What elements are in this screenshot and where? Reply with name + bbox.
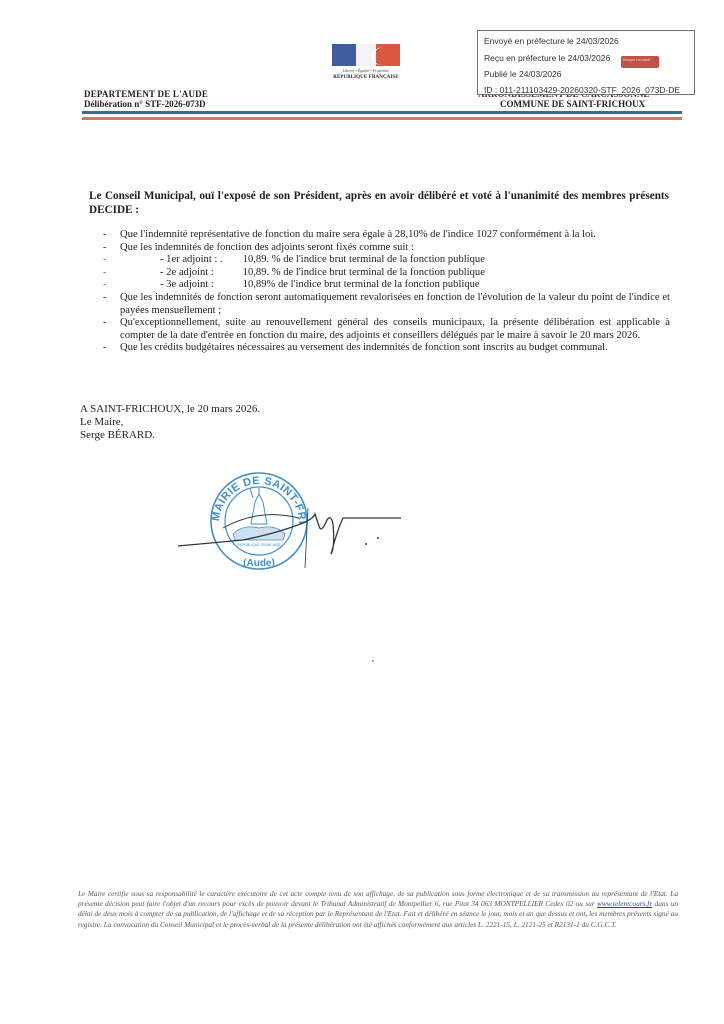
signatory-title: Le Maire, xyxy=(80,416,260,429)
marianne-flag-icon xyxy=(332,44,400,66)
commune-label: COMMUNE DE SAINT-FRICHOUX xyxy=(500,99,645,109)
svg-text:REPUBLIQUE FRANCAISE: REPUBLIQUE FRANCAISE xyxy=(237,543,281,547)
adjoint-rate: 10,89% de l'indice brut terminal de la f… xyxy=(243,279,480,292)
berger-levrault-badge-icon: Berger Levrault xyxy=(621,56,659,68)
stamp-sent: Envoyé en préfecture le 24/03/2026 xyxy=(484,36,619,46)
republique-francaise-logo: Liberté • Égalité • Fraternité RÉPUBLIQU… xyxy=(332,44,400,84)
telerecours-link[interactable]: www.telerecours.fr xyxy=(597,899,652,908)
decision-item-budget: - Que les crédits budgétaires nécessaire… xyxy=(103,342,670,355)
stamp-published: Publié le 24/03/2026 xyxy=(484,69,562,79)
town-hall-seal-icon: MAIRIE DE SAINT-FRICHOUX (Aude) REPUBLIQ… xyxy=(203,468,315,572)
scan-speck xyxy=(372,660,374,662)
svg-text:(Aude): (Aude) xyxy=(243,558,275,569)
stamp-received: Reçu en préfecture le 24/03/2026 xyxy=(484,53,610,63)
header-rule-red xyxy=(82,117,682,120)
header-rule-blue xyxy=(82,111,682,114)
prefecture-stamp: Envoyé en préfecture le 24/03/2026 Reçu … xyxy=(477,30,695,95)
adjoint-rate: 10,89. % de l'indice brut terminal de la… xyxy=(243,254,485,267)
place-date: A SAINT-FRICHOUX, le 20 mars 2026. xyxy=(80,403,260,416)
decision-item-mayor: - Que l'indemnité représentative de fonc… xyxy=(103,229,670,242)
adjoint-row: - - 3e adjoint : 10,89% de l'indice brut… xyxy=(103,279,670,292)
adjoint-row: - - 2e adjoint : 10,89. % de l'indice br… xyxy=(103,267,670,280)
logo-motto: Liberté • Égalité • Fraternité xyxy=(332,68,400,73)
council-decision-intro: Le Conseil Municipal, ouï l'exposé de so… xyxy=(89,189,669,217)
decision-item-revalorisation: - Que les indemnités de fonction seront … xyxy=(103,292,670,317)
deliberation-number: Délibération n° STF-2026-073D xyxy=(84,99,206,109)
adjoint-role: - 3e adjoint : xyxy=(120,279,240,292)
adjoint-rate: 10,89. % de l'indice brut terminal de la… xyxy=(243,267,485,280)
legal-footer: Le Maire certifie sous sa responsabilité… xyxy=(78,889,678,930)
svg-text:MAIRIE DE SAINT-FRICHOUX: MAIRIE DE SAINT-FRICHOUX xyxy=(198,459,308,525)
adjoint-row: - - 1er adjoint : . 10,89. % de l'indice… xyxy=(103,254,670,267)
adjoint-role: - 2e adjoint : xyxy=(120,267,240,280)
signatory-name: Serge BÉRARD. xyxy=(80,429,260,442)
decision-list: - Que l'indemnité représentative de fonc… xyxy=(103,229,670,355)
logo-title: RÉPUBLIQUE FRANÇAISE xyxy=(332,75,400,80)
stamp-id: ID : 011-211103429-20260320-STF_2026_073… xyxy=(484,85,680,95)
signature-block: A SAINT-FRICHOUX, le 20 mars 2026. Le Ma… xyxy=(80,403,260,442)
department-label: DEPARTEMENT DE L'AUDE xyxy=(84,89,208,99)
decision-item-adjoints: - Que les indemnités de fonction des adj… xyxy=(103,242,670,255)
adjoint-role: - 1er adjoint : . xyxy=(120,254,240,267)
decision-item-application-date: - Qu'exceptionnellement, suite au renouv… xyxy=(103,317,670,342)
